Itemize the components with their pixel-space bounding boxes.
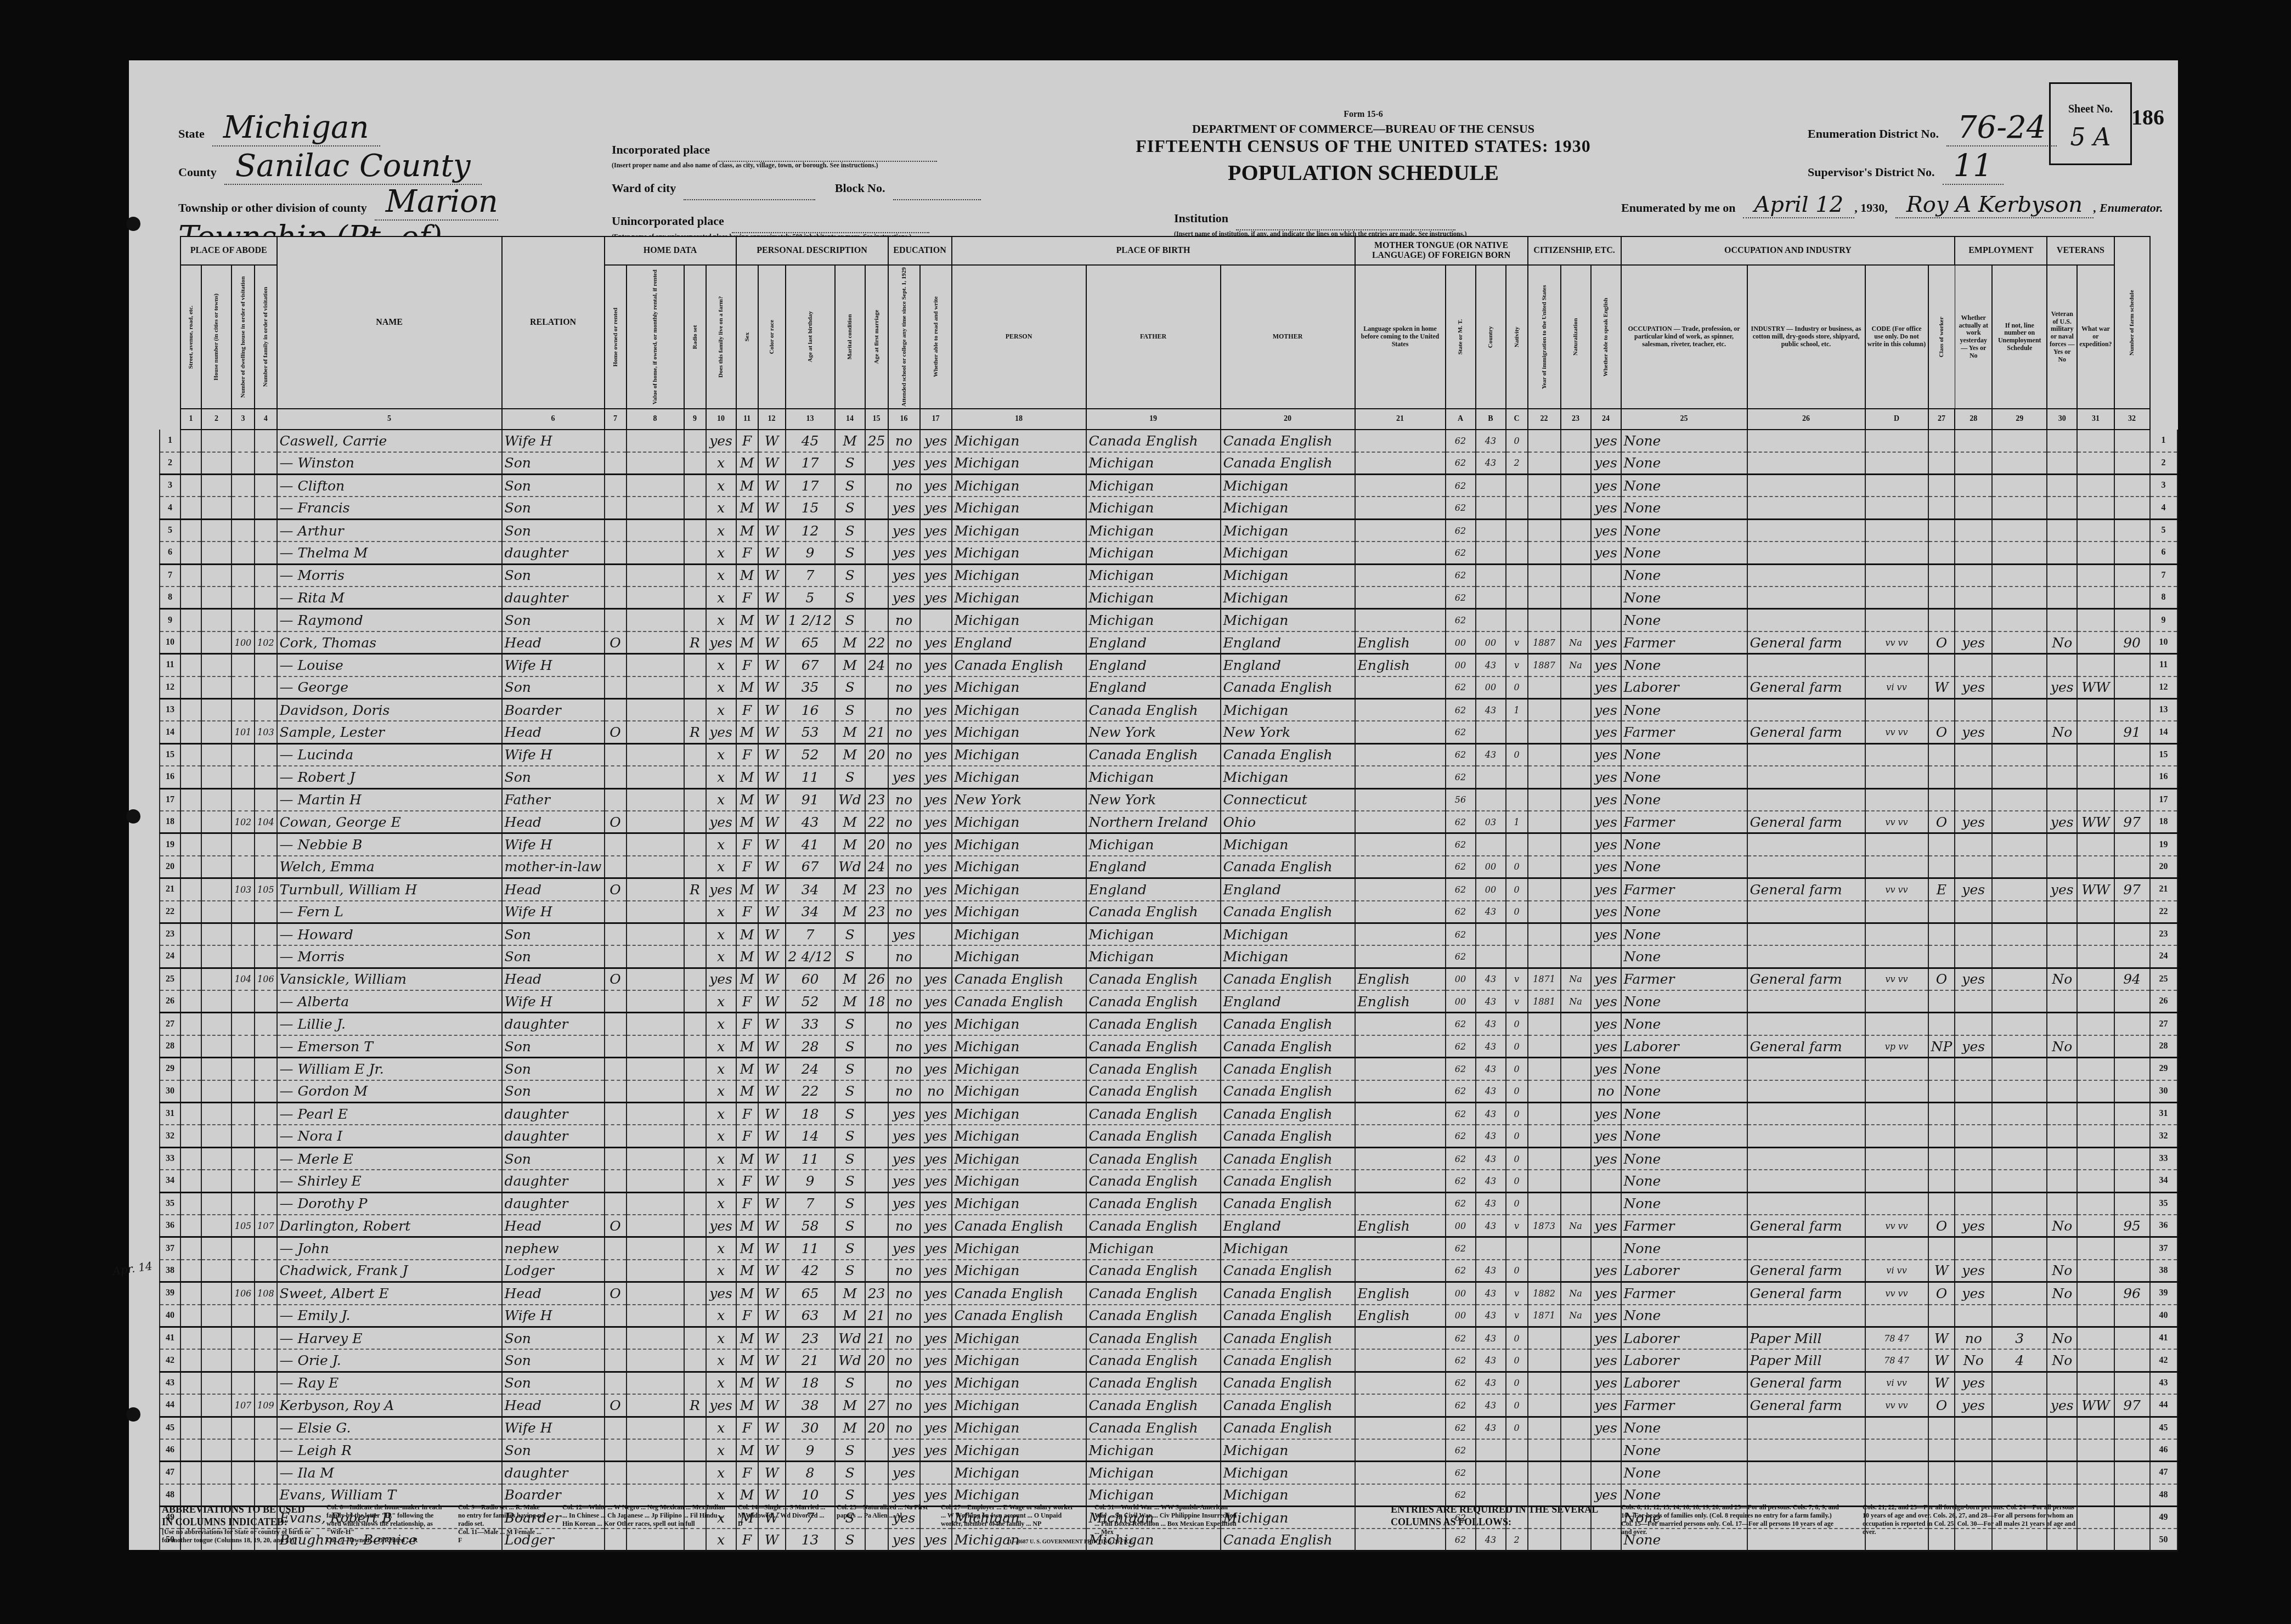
read-write-cell: yes <box>920 1237 952 1260</box>
table-row: 17— Martin HFatherxMW91Wd23noyesNew York… <box>160 788 2177 811</box>
unemployment-line-cell <box>1992 923 2047 945</box>
line-number-right: 23 <box>2150 923 2177 945</box>
at-work-cell: no <box>1955 1327 1992 1349</box>
relation-cell: Son <box>502 564 605 587</box>
line-number-right: 9 <box>2150 609 2177 631</box>
immigration-year-cell <box>1528 452 1561 475</box>
sex-cell: F <box>736 1125 758 1147</box>
column-number: 16 <box>888 409 920 430</box>
house-number-cell <box>201 475 232 497</box>
dwelling-number-cell <box>232 676 255 699</box>
home-owned-cell <box>605 1125 627 1147</box>
war-cell <box>2077 1170 2114 1192</box>
code-a-cell: 62 <box>1446 833 1476 856</box>
home-owned-cell <box>605 497 627 519</box>
home-owned-cell <box>605 1013 627 1035</box>
house-number-cell <box>201 1394 232 1417</box>
school-cell: no <box>888 856 920 878</box>
veteran-cell <box>2047 901 2077 923</box>
age-cell: 17 <box>786 452 835 475</box>
veteran-cell <box>2047 1170 2077 1192</box>
birthplace-cell: New York <box>952 788 1086 811</box>
naturalization-cell <box>1561 1237 1591 1260</box>
street-cell <box>180 631 201 654</box>
unemployment-line-cell <box>1992 1170 2047 1192</box>
street-cell <box>180 1349 201 1372</box>
line-number: 3 <box>160 475 180 497</box>
home-owned-cell <box>605 923 627 945</box>
farm-schedule-cell: 96 <box>2114 1282 2150 1305</box>
speak-english-cell: yes <box>1591 901 1621 923</box>
at-work-cell <box>1955 1417 1992 1439</box>
birthplace-cell: Michigan <box>952 1013 1086 1035</box>
code-a-cell: 62 <box>1446 1147 1476 1170</box>
marital-cell: S <box>835 923 865 945</box>
school-cell: yes <box>888 1170 920 1192</box>
home-value-cell <box>627 856 684 878</box>
line-number: 8 <box>160 587 180 609</box>
immigration-year-cell <box>1528 811 1561 833</box>
class-of-worker-cell <box>1928 564 1955 587</box>
unemployment-line-cell <box>1992 1192 2047 1215</box>
farm-schedule-cell <box>2114 1058 2150 1080</box>
home-owned-cell <box>605 1305 627 1327</box>
veteran-cell <box>2047 923 2077 945</box>
name-cell: — Rita M <box>277 587 502 609</box>
farm-schedule-cell <box>2114 1417 2150 1439</box>
name-cell: — Louise <box>277 654 502 676</box>
marital-cell: M <box>835 811 865 833</box>
speak-english-cell: yes <box>1591 743 1621 766</box>
family-number-cell <box>255 1058 277 1080</box>
family-number-cell <box>255 699 277 721</box>
line-number: 36 <box>160 1215 180 1237</box>
industry-cell <box>1747 699 1865 721</box>
age-first-marriage-cell <box>865 609 888 631</box>
radio-cell: R <box>684 631 706 654</box>
sex-cell: M <box>736 811 758 833</box>
occupation-cell: Laborer <box>1621 1372 1747 1394</box>
read-write-cell: no <box>920 1080 952 1103</box>
house-number-cell <box>201 923 232 945</box>
war-cell <box>2077 654 2114 676</box>
farm-cell: x <box>706 1192 736 1215</box>
mother-tongue-cell: English <box>1355 968 1446 990</box>
read-write-cell: yes <box>920 631 952 654</box>
family-number-cell <box>255 833 277 856</box>
speak-english-cell: yes <box>1591 452 1621 475</box>
state-value: Michigan <box>212 110 380 146</box>
sex-cell: F <box>736 990 758 1013</box>
war-cell <box>2077 430 2114 452</box>
code-b-cell <box>1476 475 1506 497</box>
table-row: 36105107Darlington, RobertHeadOyesMW58Sn… <box>160 1215 2177 1237</box>
code-b-cell: 43 <box>1476 1305 1506 1327</box>
farm-cell: x <box>706 564 736 587</box>
age-cell: 11 <box>786 1237 835 1260</box>
unemployment-line-cell <box>1992 1080 2047 1103</box>
home-owned-cell: O <box>605 968 627 990</box>
farm-cell: x <box>706 654 736 676</box>
enumerator-name: Roy A Kerbyson <box>1895 192 2093 218</box>
code-a-cell: 62 <box>1446 856 1476 878</box>
age-cell: 22 <box>786 1080 835 1103</box>
name-cell: — Dorothy P <box>277 1192 502 1215</box>
occupation-cell: None <box>1621 609 1747 631</box>
table-row: 47— Ila MdaughterxFW8SyesMichiganMichiga… <box>160 1462 2177 1484</box>
code-d-cell: vv vv <box>1865 811 1928 833</box>
school-cell: no <box>888 1349 920 1372</box>
sex-cell: F <box>736 1103 758 1125</box>
farm-schedule-cell <box>2114 542 2150 564</box>
relation-cell: daughter <box>502 1192 605 1215</box>
dwelling-number-cell: 100 <box>232 631 255 654</box>
house-number-cell <box>201 1035 232 1058</box>
birthplace-cell: Canada English <box>952 990 1086 1013</box>
code-a-cell: 62 <box>1446 721 1476 743</box>
radio-cell <box>684 699 706 721</box>
code-c-cell: 0 <box>1506 901 1528 923</box>
family-number-cell <box>255 788 277 811</box>
school-cell: no <box>888 1372 920 1394</box>
radio-cell <box>684 475 706 497</box>
race-cell: W <box>758 609 786 631</box>
line-number-right: 2 <box>2150 452 2177 475</box>
home-owned-cell <box>605 1080 627 1103</box>
house-number-cell <box>201 811 232 833</box>
mother-birthplace-cell: Michigan <box>1221 1237 1355 1260</box>
mother-tongue-cell <box>1355 1103 1446 1125</box>
mother-tongue-cell <box>1355 609 1446 631</box>
home-owned-cell <box>605 901 627 923</box>
class-of-worker-cell <box>1928 1192 1955 1215</box>
radio-cell <box>684 519 706 542</box>
family-number-cell <box>255 519 277 542</box>
birthplace-cell: Michigan <box>952 519 1086 542</box>
family-number-cell <box>255 1349 277 1372</box>
table-row: 18102104Cowan, George EHeadOyesMW43M22no… <box>160 811 2177 833</box>
age-first-marriage-cell: 20 <box>865 743 888 766</box>
name-cell: — George <box>277 676 502 699</box>
industry-cell <box>1747 1103 1865 1125</box>
code-c-cell <box>1506 945 1528 968</box>
house-number-cell <box>201 1282 232 1305</box>
house-number-cell <box>201 542 232 564</box>
marital-cell: S <box>835 1372 865 1394</box>
column-number: 8 <box>627 409 684 430</box>
class-of-worker-cell <box>1928 1170 1955 1192</box>
unemployment-line-cell <box>1992 587 2047 609</box>
line-number-right: 37 <box>2150 1237 2177 1260</box>
age-first-marriage-cell <box>865 1237 888 1260</box>
code-c-cell <box>1506 721 1528 743</box>
mother-birthplace-cell: Canada English <box>1221 1327 1355 1349</box>
code-c-cell: 0 <box>1506 1125 1528 1147</box>
relation-cell: Wife H <box>502 990 605 1013</box>
code-b-cell: 43 <box>1476 968 1506 990</box>
naturalization-cell <box>1561 587 1591 609</box>
farm-schedule-cell <box>2114 856 2150 878</box>
school-cell: no <box>888 811 920 833</box>
industry-cell <box>1747 1058 1865 1080</box>
marital-cell: M <box>835 1417 865 1439</box>
veteran-cell <box>2047 430 2077 452</box>
father-birthplace-cell: Canada English <box>1086 1305 1221 1327</box>
home-value-cell <box>627 1260 684 1282</box>
class-of-worker-cell <box>1928 788 1955 811</box>
naturalization-cell <box>1561 519 1591 542</box>
home-value-cell <box>627 587 684 609</box>
street-cell <box>180 721 201 743</box>
at-work-cell <box>1955 833 1992 856</box>
age-cell: 35 <box>786 676 835 699</box>
dwelling-number-cell <box>232 1013 255 1035</box>
speak-english-cell: yes <box>1591 721 1621 743</box>
mother-tongue-cell <box>1355 1013 1446 1035</box>
name-cell: — Merle E <box>277 1147 502 1170</box>
speak-english-cell: yes <box>1591 497 1621 519</box>
age-first-marriage-cell: 23 <box>865 788 888 811</box>
name-cell: — Emily J. <box>277 1305 502 1327</box>
unemployment-line-cell <box>1992 945 2047 968</box>
read-write-cell: yes <box>920 788 952 811</box>
birthplace-cell: Michigan <box>952 856 1086 878</box>
birthplace-cell: Canada English <box>952 1215 1086 1237</box>
code-b-cell <box>1476 945 1506 968</box>
relation-cell: Wife H <box>502 901 605 923</box>
veteran-cell <box>2047 1147 2077 1170</box>
line-number: 47 <box>160 1462 180 1484</box>
immigration-year-cell <box>1528 564 1561 587</box>
table-row: 4— FrancisSonxMW15SyesyesMichiganMichiga… <box>160 497 2177 519</box>
dwelling-number-cell <box>232 990 255 1013</box>
unemployment-line-cell <box>1992 743 2047 766</box>
school-cell: yes <box>888 923 920 945</box>
radio-cell <box>684 1260 706 1282</box>
dwelling-number-cell: 106 <box>232 1282 255 1305</box>
occupation-cell: Farmer <box>1621 1282 1747 1305</box>
unemployment-line-cell <box>1992 990 2047 1013</box>
class-of-worker-cell <box>1928 654 1955 676</box>
immigration-year-cell <box>1528 542 1561 564</box>
war-cell <box>2077 833 2114 856</box>
occupation-cell: Farmer <box>1621 968 1747 990</box>
house-number-cell <box>201 1192 232 1215</box>
immigration-year-cell <box>1528 1103 1561 1125</box>
dwelling-number-cell <box>232 587 255 609</box>
line-number-right: 44 <box>2150 1394 2177 1417</box>
marital-cell: M <box>835 1282 865 1305</box>
farm-schedule-cell: 95 <box>2114 1215 2150 1237</box>
war-cell: WW <box>2077 878 2114 901</box>
code-d-cell <box>1865 945 1928 968</box>
industry-cell: General farm <box>1747 811 1865 833</box>
at-work-cell: yes <box>1955 631 1992 654</box>
column-numbers: 123456789101112131415161718192021ABC2223… <box>160 409 2177 430</box>
mother-tongue-cell <box>1355 1349 1446 1372</box>
code-c-cell <box>1506 475 1528 497</box>
relation-cell: Son <box>502 766 605 788</box>
class-of-worker-cell <box>1928 945 1955 968</box>
code-d-cell <box>1865 1192 1928 1215</box>
read-write-cell: yes <box>920 1327 952 1349</box>
table-row: 6— Thelma MdaughterxFW9SyesyesMichiganMi… <box>160 542 2177 564</box>
home-value-cell <box>627 788 684 811</box>
sex-cell: F <box>736 1170 758 1192</box>
mother-birthplace-cell: England <box>1221 654 1355 676</box>
house-number-cell <box>201 1439 232 1462</box>
line-number-right: 31 <box>2150 1103 2177 1125</box>
dwelling-number-cell <box>232 1417 255 1439</box>
war-cell <box>2077 1305 2114 1327</box>
relation-cell: Son <box>502 923 605 945</box>
sex-cell: M <box>736 609 758 631</box>
census-sheet: StateMichigan CountySanilac County Towns… <box>129 60 2178 1550</box>
home-value-cell <box>627 1215 684 1237</box>
column-number: 25 <box>1621 409 1747 430</box>
code-c-cell: 0 <box>1506 1327 1528 1349</box>
farm-schedule-cell <box>2114 1013 2150 1035</box>
home-owned-cell <box>605 676 627 699</box>
race-cell: W <box>758 721 786 743</box>
unemployment-line-cell <box>1992 1147 2047 1170</box>
farm-schedule-cell <box>2114 654 2150 676</box>
class-of-worker-cell <box>1928 1058 1955 1080</box>
table-row: 37— JohnnephewxMW11SyesyesMichiganMichig… <box>160 1237 2177 1260</box>
farm-cell: x <box>706 1260 736 1282</box>
father-birthplace-cell: Canada English <box>1086 430 1221 452</box>
unemployment-line-cell <box>1992 1417 2047 1439</box>
home-owned-cell <box>605 1327 627 1349</box>
school-cell: no <box>888 1305 920 1327</box>
speak-english-cell: yes <box>1591 654 1621 676</box>
veteran-cell: No <box>2047 1035 2077 1058</box>
father-birthplace-cell: Michigan <box>1086 587 1221 609</box>
family-number-cell <box>255 1327 277 1349</box>
read-write-cell: yes <box>920 856 952 878</box>
father-birthplace-cell: England <box>1086 676 1221 699</box>
line-number-right: 13 <box>2150 699 2177 721</box>
home-owned-cell: O <box>605 1282 627 1305</box>
dwelling-number-cell <box>232 1237 255 1260</box>
dwelling-number-cell <box>232 654 255 676</box>
unemployment-line-cell: 4 <box>1992 1349 2047 1372</box>
relation-cell: Son <box>502 1058 605 1080</box>
class-of-worker-cell <box>1928 1147 1955 1170</box>
immigration-year-cell: 1873 <box>1528 1215 1561 1237</box>
code-c-cell <box>1506 923 1528 945</box>
code-c-cell: 0 <box>1506 743 1528 766</box>
house-number-cell <box>201 452 232 475</box>
immigration-year-cell <box>1528 856 1561 878</box>
dwelling-number-cell <box>232 766 255 788</box>
race-cell: W <box>758 1417 786 1439</box>
home-value-cell <box>627 1103 684 1125</box>
radio-cell <box>684 811 706 833</box>
race-cell: W <box>758 430 786 452</box>
code-c-cell <box>1506 587 1528 609</box>
home-owned-cell: O <box>605 811 627 833</box>
table-row: 19— Nebbie BWife HxFW41M20noyesMichiganM… <box>160 833 2177 856</box>
house-number-cell <box>201 654 232 676</box>
father-birthplace-cell: England <box>1086 631 1221 654</box>
table-row: 7— MorrisSonxMW7SyesyesMichiganMichiganM… <box>160 564 2177 587</box>
father-birthplace-cell: Michigan <box>1086 945 1221 968</box>
at-work-cell: yes <box>1955 721 1992 743</box>
sex-cell: M <box>736 923 758 945</box>
table-row: 27— Lillie J.daughterxFW33SnoyesMichigan… <box>160 1013 2177 1035</box>
occupation-cell: None <box>1621 542 1747 564</box>
at-work-cell <box>1955 1125 1992 1147</box>
code-b-cell: 43 <box>1476 1215 1506 1237</box>
occupation-cell: None <box>1621 1170 1747 1192</box>
immigration-year-cell <box>1528 699 1561 721</box>
marital-cell: S <box>835 564 865 587</box>
veteran-cell: yes <box>2047 811 2077 833</box>
occupation-cell: None <box>1621 743 1747 766</box>
race-cell: W <box>758 1462 786 1484</box>
table-row: 9— RaymondSonxMW1 2/12SnoMichiganMichiga… <box>160 609 2177 631</box>
birthplace-cell: Canada English <box>952 968 1086 990</box>
class-of-worker-cell <box>1928 1462 1955 1484</box>
family-number-cell <box>255 1260 277 1282</box>
birthplace-cell: Michigan <box>952 475 1086 497</box>
line-number: 38 <box>160 1260 180 1282</box>
class-of-worker-cell <box>1928 699 1955 721</box>
farm-schedule-cell <box>2114 1103 2150 1125</box>
industry-cell <box>1747 788 1865 811</box>
column-number: 31 <box>2077 409 2114 430</box>
class-of-worker-cell <box>1928 1013 1955 1035</box>
radio-cell <box>684 833 706 856</box>
column-number: 9 <box>684 409 706 430</box>
immigration-year-cell <box>1528 1147 1561 1170</box>
house-number-cell <box>201 699 232 721</box>
code-b-cell: 43 <box>1476 1192 1506 1215</box>
veteran-cell <box>2047 1372 2077 1394</box>
immigration-year-cell: 1882 <box>1528 1282 1561 1305</box>
name-cell: — Leigh R <box>277 1439 502 1462</box>
line-number: 22 <box>160 901 180 923</box>
race-cell: W <box>758 1439 786 1462</box>
mother-tongue-cell <box>1355 497 1446 519</box>
class-of-worker-cell <box>1928 923 1955 945</box>
farm-cell: yes <box>706 721 736 743</box>
farm-cell: yes <box>706 968 736 990</box>
naturalization-cell: Na <box>1561 1215 1591 1237</box>
naturalization-cell <box>1561 721 1591 743</box>
code-a-cell: 62 <box>1446 564 1476 587</box>
sheet-number: 5 A <box>2051 123 2130 151</box>
marital-cell: M <box>835 430 865 452</box>
father-birthplace-cell: New York <box>1086 721 1221 743</box>
industry-cell <box>1747 1417 1865 1439</box>
veteran-cell <box>2047 788 2077 811</box>
age-first-marriage-cell <box>865 1103 888 1125</box>
age-cell: 11 <box>786 766 835 788</box>
sex-cell: M <box>736 452 758 475</box>
radio-cell <box>684 1327 706 1349</box>
family-number-cell <box>255 856 277 878</box>
code-a-cell: 62 <box>1446 1035 1476 1058</box>
speak-english-cell: yes <box>1591 519 1621 542</box>
home-owned-cell <box>605 654 627 676</box>
read-write-cell: yes <box>920 1417 952 1439</box>
mother-tongue-cell <box>1355 945 1446 968</box>
birthplace-cell: Michigan <box>952 1147 1086 1170</box>
mother-tongue-cell: English <box>1355 631 1446 654</box>
birthplace-cell: Michigan <box>952 1103 1086 1125</box>
